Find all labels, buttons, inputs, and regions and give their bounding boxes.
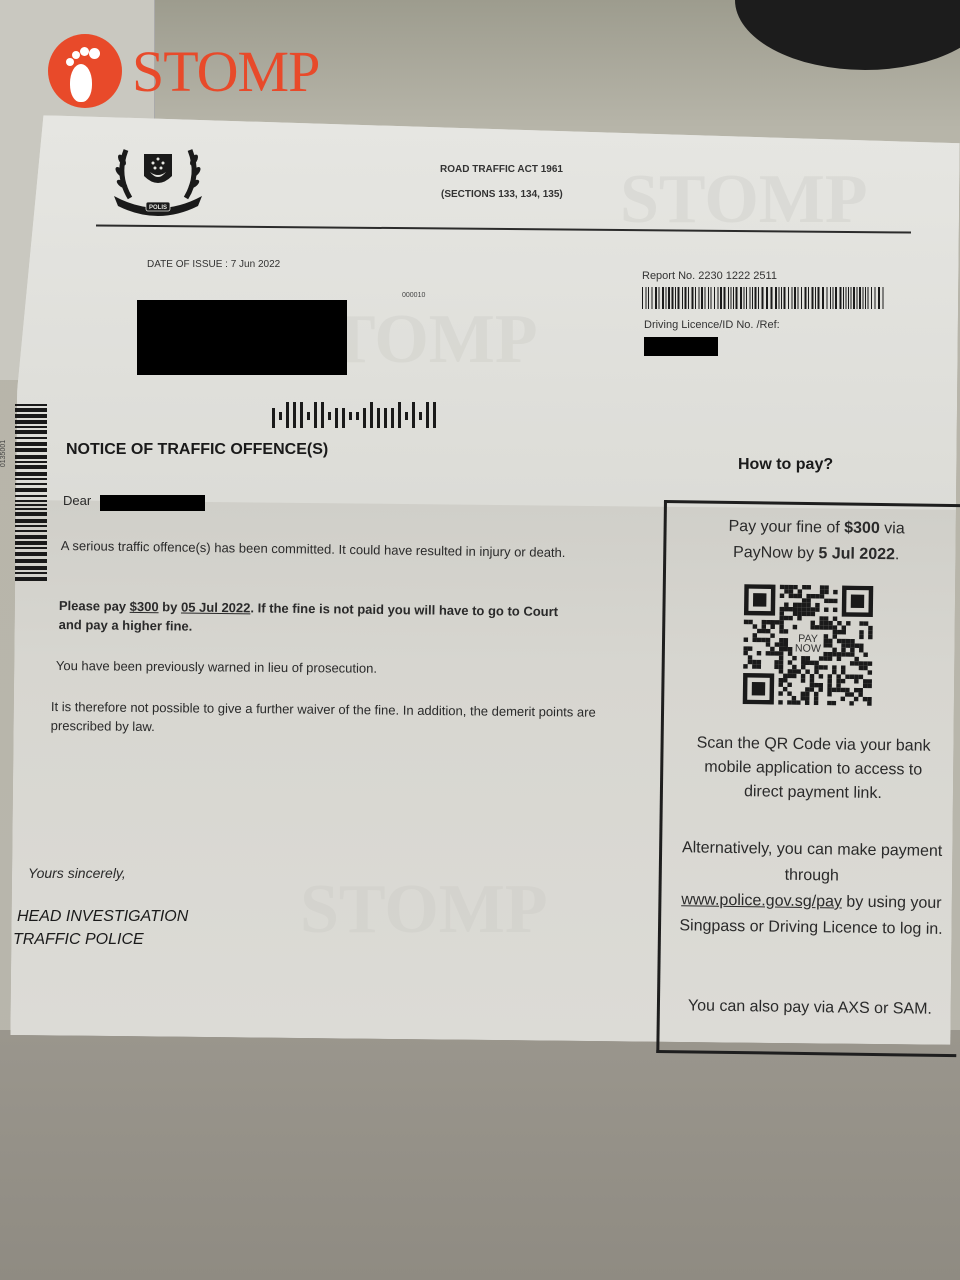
salutation: Dear <box>63 493 91 508</box>
due-date: 05 Jul 2022 <box>181 599 251 615</box>
police-pay-link[interactable]: www.police.gov.sg/pay <box>681 891 842 910</box>
payment-heading: How to pay? <box>738 456 833 474</box>
side-barcode-icon <box>5 404 47 586</box>
paynow-qr-code[interactable]: PAYNOW <box>742 584 874 706</box>
stomp-logo: STOMP <box>48 34 319 108</box>
closing: Yours sincerely, <box>28 865 126 881</box>
police-crest-icon: POLIS <box>108 140 208 220</box>
postal-barcode-icon <box>272 402 442 428</box>
act-sections: (SECTIONS 133, 134, 135) <box>441 189 563 200</box>
signatory-department: TRAFFIC POLICE <box>13 931 144 949</box>
signatory-title: HEAD INVESTIGATION <box>17 908 188 926</box>
scan-instructions: Scan the QR Code via your bank mobile ap… <box>663 731 960 807</box>
payment-instruction: Please pay $300 by 05 Jul 2022. If the f… <box>59 596 579 640</box>
notice-title: NOTICE OF TRAFFIC OFFENCE(S) <box>66 441 328 459</box>
act-title: ROAD TRAFFIC ACT 1961 <box>440 164 563 175</box>
redacted-name <box>100 495 205 511</box>
redacted-licence-number <box>644 337 718 356</box>
report-barcode-icon <box>642 287 887 309</box>
alternative-payment: Alternatively, you can make payment thro… <box>661 835 960 943</box>
date-of-issue: DATE OF ISSUE : 7 Jun 2022 <box>147 259 280 270</box>
waiver-statement: It is therefore not possible to give a f… <box>51 697 611 741</box>
envelope-surface <box>0 1030 960 1280</box>
driving-licence-label: Driving Licence/ID No. /Ref: <box>644 319 780 331</box>
sequence-code: 000010 <box>402 292 425 299</box>
payment-date-line: PayNow by 5 Jul 2022. <box>666 539 960 569</box>
svg-text:POLIS: POLIS <box>149 205 167 211</box>
svg-text:NOW: NOW <box>795 643 822 655</box>
side-code: 0135001 <box>0 440 7 467</box>
payment-box: Pay your fine of $300 via PayNow by 5 Ju… <box>656 500 960 1057</box>
footprint-icon <box>48 34 122 108</box>
axs-sam-payment: You can also pay via AXS or SAM. <box>660 993 960 1023</box>
report-number: Report No. 2230 1222 2511 <box>642 270 777 282</box>
fine-amount: $300 <box>130 599 159 614</box>
redacted-address <box>137 300 347 375</box>
stomp-wordmark: STOMP <box>132 38 319 105</box>
